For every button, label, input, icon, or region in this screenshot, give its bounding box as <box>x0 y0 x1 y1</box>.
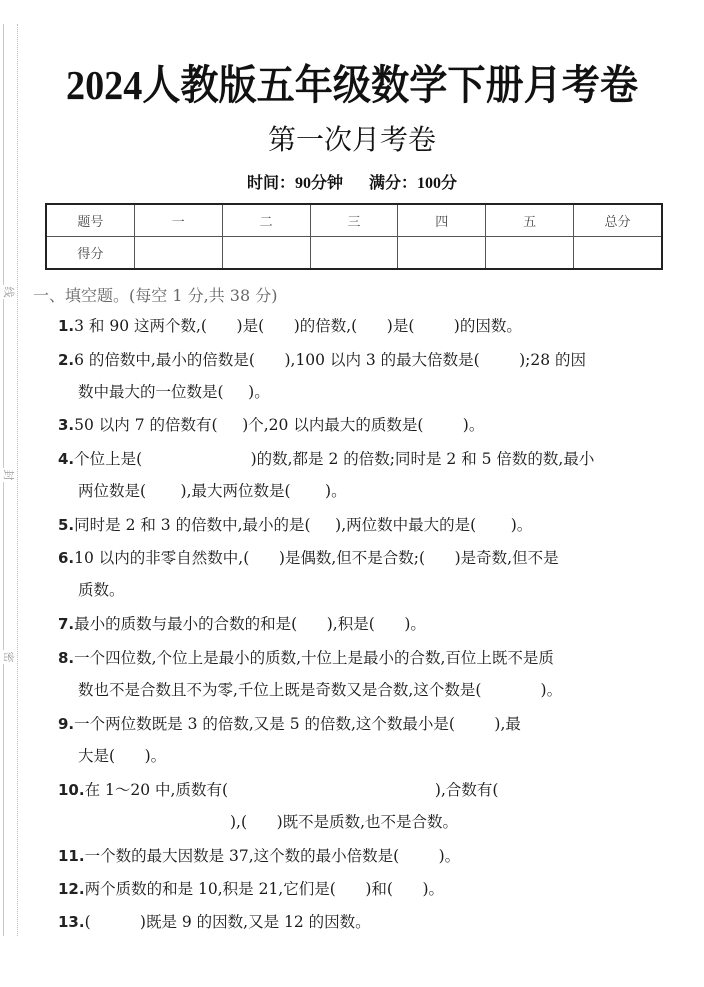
question-text: 一个数的最大因数是 37,这个数的最小倍数是( )。 <box>85 847 461 865</box>
question-number: 8. <box>58 649 74 667</box>
question-number: 11. <box>58 847 85 865</box>
score-cell[interactable] <box>574 237 662 270</box>
header-cell: 总分 <box>574 204 662 237</box>
question-text: 50 以内 7 的倍数有( )个,20 以内最大的质数是( )。 <box>74 416 484 434</box>
question-number: 1. <box>58 317 74 335</box>
score-cell[interactable] <box>222 237 310 270</box>
score-cell[interactable] <box>486 237 574 270</box>
question-7: 7.最小的质数与最小的合数的和是( ),积是( )。 <box>58 608 680 640</box>
exam-full-score: 满分：100分 <box>369 175 457 192</box>
question-number: 10. <box>58 781 85 799</box>
question-text: 同时是 2 和 3 的倍数中,最小的是( ),两位数中最大的是( )。 <box>74 516 532 534</box>
score-table-score-row: 得分 <box>46 237 662 270</box>
question-2: 2.6 的倍数中,最小的倍数是( ),100 以内 3 的最大倍数是( );28… <box>58 344 680 408</box>
question-number: 13. <box>58 913 85 931</box>
question-text: 在 1～20 中,质数有( ),合数有( <box>85 781 499 799</box>
question-13: 13.( )既是 9 的因数,又是 12 的因数。 <box>58 906 680 938</box>
margin-label-mi: 密 <box>1 650 15 664</box>
question-8: 8.一个四位数,个位上是最小的质数,十位上是最小的合数,百位上既不是质 数也不是… <box>58 642 680 706</box>
section-title: 一、填空题。 <box>33 286 129 305</box>
section-heading: 一、填空题。(每空 1 分,共 38 分) <box>33 283 277 306</box>
score-row-label: 得分 <box>46 237 134 270</box>
binding-line-dotted <box>17 24 18 936</box>
question-12: 12.两个质数的和是 10,积是 21,它们是( )和( )。 <box>58 873 680 905</box>
header-cell: 三 <box>310 204 398 237</box>
header-cell: 一 <box>134 204 222 237</box>
section-note: (每空 1 分,共 38 分) <box>129 286 277 305</box>
page-title: 2024人教版五年级数学下册月考卷 <box>25 52 680 111</box>
question-number: 5. <box>58 516 74 534</box>
question-number: 6. <box>58 549 74 567</box>
question-number: 4. <box>58 450 74 468</box>
question-4: 4.个位上是( )的数,都是 2 的倍数;同时是 2 和 5 倍数的数,最小 两… <box>58 443 680 507</box>
score-cell[interactable] <box>134 237 222 270</box>
question-number: 9. <box>58 715 74 733</box>
question-text: ( )既是 9 的因数,又是 12 的因数。 <box>85 913 371 931</box>
question-text: 最小的质数与最小的合数的和是( ),积是( )。 <box>74 615 426 633</box>
page-subtitle: 第一次月考卷 <box>0 118 704 158</box>
question-number: 2. <box>58 351 74 369</box>
score-cell[interactable] <box>398 237 486 270</box>
header-cell: 五 <box>486 204 574 237</box>
question-11: 11.一个数的最大因数是 37,这个数的最小倍数是( )。 <box>58 840 680 872</box>
question-text: 一个四位数,个位上是最小的质数,十位上是最小的合数,百位上既不是质 <box>74 649 554 667</box>
header-cell: 二 <box>222 204 310 237</box>
question-text-continued: 质数。 <box>58 574 680 606</box>
question-1: 1.3 和 90 这两个数,( )是( )的倍数,( )是( )的因数。 <box>58 310 680 342</box>
question-number: 12. <box>58 880 85 898</box>
question-text: 10 以内的非零自然数中,( )是偶数,但不是合数;( )是奇数,但不是 <box>74 549 558 567</box>
question-text-continued: 大是( )。 <box>58 740 680 772</box>
exam-meta: 时间：90分钟满分：100分 <box>0 170 704 193</box>
question-text: 个位上是( )的数,都是 2 的倍数;同时是 2 和 5 倍数的数,最小 <box>74 450 594 468</box>
question-text-continued: 数也不是合数且不为零,千位上既是奇数又是合数,这个数是( )。 <box>58 674 680 706</box>
question-text-continued: 数中最大的一位数是( )。 <box>58 376 680 408</box>
margin-label-xian: 线 <box>1 285 15 299</box>
question-text: 一个两位数既是 3 的倍数,又是 5 的倍数,这个数最小是( ),最 <box>74 715 521 733</box>
question-text: 3 和 90 这两个数,( )是( )的倍数,( )是( )的因数。 <box>74 317 522 335</box>
exam-time: 时间：90分钟 <box>247 175 343 192</box>
question-number: 7. <box>58 615 74 633</box>
question-10: 10.在 1～20 中,质数有( ),合数有( ),( )既不是质数,也不是合数… <box>58 774 680 838</box>
question-6: 6.10 以内的非零自然数中,( )是偶数,但不是合数;( )是奇数,但不是 质… <box>58 542 680 606</box>
question-text-continued: 两位数是( ),最大两位数是( )。 <box>58 475 680 507</box>
question-5: 5.同时是 2 和 3 的倍数中,最小的是( ),两位数中最大的是( )。 <box>58 509 680 541</box>
question-text: 两个质数的和是 10,积是 21,它们是( )和( )。 <box>85 880 444 898</box>
score-cell[interactable] <box>310 237 398 270</box>
question-9: 9.一个两位数既是 3 的倍数,又是 5 的倍数,这个数最小是( ),最 大是(… <box>58 708 680 772</box>
question-text: 6 的倍数中,最小的倍数是( ),100 以内 3 的最大倍数是( );28 的… <box>74 351 586 369</box>
margin-label-feng: 封 <box>1 468 15 482</box>
question-number: 3. <box>58 416 74 434</box>
question-text-continued: ),( )既不是质数,也不是合数。 <box>58 806 680 838</box>
score-table: 题号 一 二 三 四 五 总分 得分 <box>45 203 663 270</box>
score-table-header-row: 题号 一 二 三 四 五 总分 <box>46 204 662 237</box>
header-cell: 题号 <box>46 204 134 237</box>
header-cell: 四 <box>398 204 486 237</box>
question-3: 3.50 以内 7 的倍数有( )个,20 以内最大的质数是( )。 <box>58 409 680 441</box>
